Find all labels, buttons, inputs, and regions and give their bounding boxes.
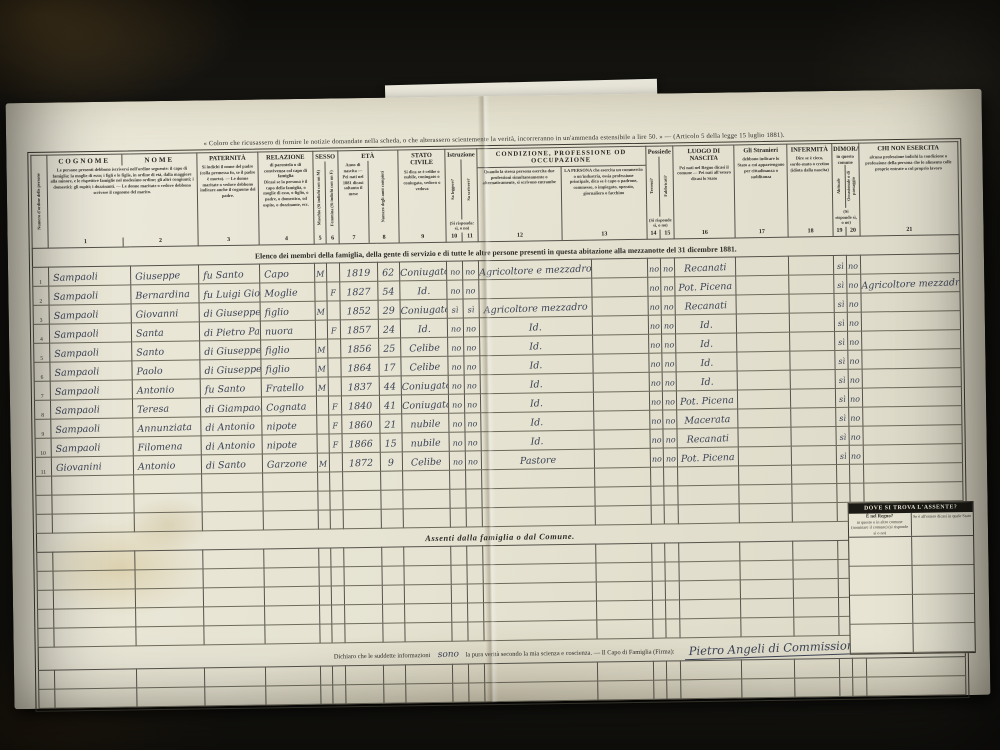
handwritten-entry: no [467,363,477,371]
cell-occasionale: no [847,255,861,274]
cell-empty [468,603,484,622]
cell-empty [651,562,665,581]
cell-paternita: di Giuseppe [200,340,261,360]
handwritten-entry: di Santo [202,460,246,471]
cell-empty [596,543,652,563]
cell-empty [332,624,345,643]
cell-empty [382,585,405,604]
cell-empty [344,604,382,624]
cell-empty [203,568,264,588]
cell-empty [52,551,135,571]
handwritten-entry: di Antonio [201,441,255,452]
handwritten-entry: no [850,358,860,366]
cell-fabbricati: no [663,429,677,448]
handwritten-entry: M [318,346,326,354]
cell-fabbricati: no [661,296,675,315]
cell-empty [451,565,467,584]
cell-empty [343,509,381,529]
cell-stranieri [737,351,790,371]
cell-empty [204,667,265,687]
cell-empty [382,566,405,585]
col-istruzione: Istruzione Sa leggere? Sa scrivere? (Si … [445,149,478,242]
cell-eta: 9 [380,452,403,471]
col-num-21: 21 [860,225,958,235]
handwritten-entry: no [848,263,858,271]
cell-empty [794,597,839,617]
cell-empty [651,505,665,524]
handwritten-entry: no [468,458,478,466]
col-terreni: Terreni? [650,159,656,214]
col-dimora: DIMORA in questo comune Abituale Occasio… [832,143,860,236]
cell-nome: Filomena [133,436,201,456]
handwritten-entry: M [318,365,326,373]
census-sheet: « Coloro che ricusassero di fornire le n… [6,89,991,709]
handwritten-entry: M [318,384,326,392]
cell-empty [653,680,667,699]
cell-empty [680,599,741,619]
cell-legge: sì [447,299,463,318]
handwritten-entry: Sampaoli [50,386,99,397]
cell-empty [739,484,792,504]
cell-persona [593,372,649,392]
cell-occasionale: no [848,369,862,388]
handwritten-entry: no [466,325,476,333]
cell-empty [404,565,452,585]
cell-persona [591,258,647,278]
cell-terreni: no [650,448,664,467]
handwritten-entry: sì [837,301,844,309]
handwritten-entry: Id. [530,380,543,390]
cell-empty [651,543,665,562]
cell-persona [594,410,650,430]
census-table: Numero d'ordine delle persone COGNOME NO… [30,141,966,709]
cell-empty [38,628,54,647]
handwritten-entry: 21 [385,420,397,430]
handwritten-entry: 17 [384,363,396,373]
cell-empty [381,490,404,509]
handwritten-entry: no [849,301,859,309]
absent-location-box: DOVE SI TROVA L'ASSENTE? È nel Regno? in… [848,501,976,655]
handwritten-entry: no [649,303,659,311]
col-num-4: 4 [260,235,314,245]
cell-empty [452,622,468,641]
cell-abituale: sì [836,426,850,445]
cell-chi_non [861,311,961,331]
cell-empty [652,619,666,638]
handwritten-entry: 41 [384,401,396,411]
handwritten-entry: 9 [388,458,394,468]
cell-empty [481,468,594,489]
cell-fabbricati: no [662,353,676,372]
cell-n: 9 [35,419,51,438]
cell-empty [740,503,793,523]
cell-occasionale: no [849,407,863,426]
cell-empty [383,623,406,642]
cell-relazione: nipote [262,415,317,435]
cell-empty [383,665,406,684]
cell-empty [595,505,651,525]
handwritten-entry: Id. [531,437,544,447]
col-num-15: 15 [660,229,674,238]
cell-empty [37,552,53,571]
cell-nome: Annunziata [133,417,201,437]
cell-empty [595,486,651,506]
handwritten-entry: 1866 [349,440,374,450]
col-relazione: RELAZIONE di parentela o di convivenza c… [258,151,314,245]
cell-eta: 44 [379,376,402,395]
cell-empty [382,604,405,623]
col-num-2: 2 [122,236,197,246]
handwritten-entry: F [331,289,337,297]
cell-chi_non: Agricoltore mezzadro [860,273,960,293]
cell-n: 10 [35,438,51,457]
cell-empty [319,567,332,586]
cell-infermita [792,445,837,465]
cell-empty [450,470,466,489]
cell-nome: Antonio [134,455,202,475]
cell-chi_non [863,425,963,445]
handwritten-entry: Cognata [262,402,307,413]
cell-empty [344,566,382,586]
handwritten-entry: sì [452,307,459,315]
handwritten-entry: no [468,420,478,428]
cell-empty [667,661,681,680]
handwritten-entry: no [663,284,673,292]
col-num-16: 16 [675,228,735,238]
cell-empty [792,502,837,522]
cell-luogo: Recanati [675,295,736,315]
handwritten-entry: 1864 [348,364,373,374]
cell-terreni: no [649,410,663,429]
cell-empty [345,623,383,643]
cell-legge: no [450,451,466,470]
cell-empty [866,676,966,696]
cell-infermita [791,388,836,408]
cell-empty [839,658,853,677]
cell-empty [264,586,319,606]
handwritten-entry: no [850,396,860,404]
handwritten-entry: no [468,439,478,447]
handwritten-entry: Sampaoli [50,367,99,378]
row-number: 3 [34,318,49,324]
cell-empty [318,491,331,510]
cell-chi_non [862,406,962,426]
cell-empty [134,493,202,513]
cell-empty [837,483,851,502]
cell-empty [863,463,963,483]
cell-terreni: no [648,334,662,353]
cell-empty [264,548,319,568]
cell-terreni: no [648,315,662,334]
handwritten-entry: nuora [261,327,293,338]
cell-empty [850,464,864,483]
handwritten-entry: di Giampaolo Menghini [201,401,262,415]
cell-chi_non [861,349,961,369]
cell-luogo: Pot. Picena [678,447,739,467]
cell-empty [483,582,596,603]
cell-abituale: sì [834,293,848,312]
cell-empty [665,543,679,562]
cell-n: 5 [34,343,50,362]
handwritten-entry: no [450,287,460,295]
cell-f: F [329,415,342,434]
cell-occasionale: no [849,426,863,445]
handwritten-entry: no [651,398,661,406]
cell-relazione: Moglie [260,282,315,302]
absent-section-title: Assenti dalla famiglia o dal Comune. [425,532,575,543]
cell-paternita: di Pietro Pagliarini [199,321,260,341]
col-persona-lead: LA PERSONA [564,168,592,173]
handwritten-entry: Garzone [263,459,308,470]
cell-persona [593,353,649,373]
col-sesso-f: Femmina (Si indichi con un F) [329,164,335,233]
handwritten-entry: di Giuseppe [200,365,261,377]
handwritten-entry: Recanati [685,301,728,312]
cell-abituale: sì [836,445,850,464]
handwritten-entry: Agricoltore mezzadro [483,303,587,316]
cell-m: M [315,339,328,358]
cell-chi_non [861,330,961,350]
cell-eta: 15 [380,433,403,452]
cell-fabbricati: no [662,334,676,353]
handwritten-entry: no [450,268,460,276]
cell-empty [136,588,204,608]
cell-scrive: no [464,375,480,394]
handwritten-entry: no [849,282,859,290]
handwritten-entry: Coniugato [402,381,449,392]
cell-empty [403,470,451,490]
handwritten-entry: Annunziata [134,423,193,435]
col-luogo-nascita: LUOGO DI NASCITA Pei nati nel Regno dica… [673,145,736,239]
handwritten-entry: fu Luigi Giobatta [199,288,260,301]
declaration-handwritten: sono [437,650,459,660]
cell-paternita: di Santo [201,454,262,474]
cell-m: M [315,301,328,320]
cell-empty [739,465,792,485]
cell-eta: 17 [379,357,402,376]
cell-empty [203,549,264,569]
cell-fabbricati: no [661,277,675,296]
handwritten-entry: no [851,434,861,442]
handwritten-entry: 1840 [348,402,373,412]
handwritten-entry: Coniugato [401,305,448,316]
row-number: 8 [35,413,50,419]
cell-empty [467,546,483,565]
cell-empty [405,664,453,684]
cell-chi_non [860,254,960,274]
col-abituale: Abituale [836,167,842,206]
cell-empty [203,587,264,607]
cell-abituale: sì [835,369,849,388]
handwritten-entry: no [465,268,475,276]
cell-condizione: Id. [481,430,594,451]
col-num-19: 19 [833,227,846,236]
handwritten-entry: sì [837,263,844,271]
cell-stranieri [738,408,791,428]
handwritten-entry: no [650,360,660,368]
cell-legge: no [448,356,464,375]
cell-stranieri [738,389,791,409]
handwritten-entry: no [451,363,461,371]
cell-condizione: Agricoltore mezzadro [479,297,592,318]
cell-empty [405,603,453,623]
cell-empty [680,618,741,638]
cell-empty [482,487,595,508]
cell-eta: 41 [379,395,402,414]
cell-paternita: fu Santo [200,378,261,398]
row-number: 5 [34,356,49,362]
cell-f: F [329,434,342,453]
handwritten-entry: 1857 [347,326,372,336]
handwritten-entry: Sampaoli [49,291,98,302]
cell-empty [36,495,52,514]
cell-m [316,396,329,415]
cell-infermita [790,313,835,333]
cell-cognome: Sampaoli [49,285,132,305]
cell-luogo: Recanati [675,257,736,277]
cell-empty [37,590,53,609]
cell-nome: Santa [132,322,200,342]
cell-scrive: no [464,337,480,356]
cell-legge: no [448,375,464,394]
cell-relazione: nipote [262,434,317,454]
cell-legge: no [447,261,463,280]
handwritten-entry: Pot. Picena [681,453,735,464]
handwritten-entry: no [851,415,861,423]
cell-fabbricati: no [663,391,677,410]
handwritten-entry: Macerata [685,415,731,426]
cell-nome: Bernardina [131,284,199,304]
cell-m: M [316,377,329,396]
handwritten-entry: no [649,265,659,273]
cell-condizione: Pastore [481,449,594,470]
cell-empty [52,494,135,514]
handwritten-entry: sì [839,415,846,423]
cell-fabbricati: no [664,448,678,467]
handwritten-entry: no [651,417,661,425]
cell-f [327,263,340,282]
cell-empty [839,677,853,696]
cell-scrive: no [464,394,480,413]
cell-luogo: Id. [676,333,737,353]
col-stranieri: Gli Stranieri debbono indicare lo Stato … [734,144,788,238]
handwritten-entry: Santa [132,329,164,340]
col-num-14: 14 [647,230,660,239]
col-numero: Numero d'ordine delle persone [31,155,48,248]
cell-empty [466,508,482,527]
cell-legge: no [448,318,464,337]
col-num-9: 9 [400,233,446,243]
cell-paternita: di Antonio [201,416,262,436]
handwritten-entry: nubile [411,439,441,450]
cell-f: F [328,320,341,339]
cell-empty [483,601,596,622]
handwritten-entry: 1852 [347,307,372,317]
cell-condizione: Id. [479,316,592,337]
cell-empty [678,466,739,486]
handwritten-entry: Sampaoli [51,443,100,454]
cell-empty [484,620,597,641]
handwritten-entry: no [467,382,477,390]
handwritten-entry: Antonio [134,461,176,472]
declaration-printed-1: Dichiaro che le suddette informazioni [334,652,431,660]
handwritten-entry: no [649,284,659,292]
handwritten-entry: no [850,339,860,347]
cell-scrive: no [465,432,481,451]
cell-terreni: no [647,277,661,296]
handwritten-entry: no [651,436,661,444]
cell-relazione: Fratello [261,377,316,397]
cell-nome: Antonio [132,379,200,399]
cell-scrive: no [463,280,479,299]
cell-empty [53,608,136,628]
handwritten-entry: sì [839,453,846,461]
cell-persona [592,334,648,354]
handwritten-entry: no [452,458,462,466]
cell-empty [793,578,838,598]
cell-empty [319,605,332,624]
cell-paternita: di Antonio [201,435,262,455]
handwritten-entry: Celibe [409,344,440,355]
cell-fabbricati: no [662,315,676,334]
cell-condizione: Id. [479,335,592,356]
col-stato-civile: STATO CIVILE Si dica se è celibe o nubil… [398,149,447,243]
cell-infermita [790,351,835,371]
handwritten-entry: Sampaoli [49,272,98,283]
cell-empty [596,562,652,582]
cell-empty [484,681,597,702]
cell-empty [450,489,466,508]
cell-chi_non [862,368,962,388]
handwritten-entry: no [665,398,675,406]
cell-fabbricati: no [663,410,677,429]
col-paternita: PATERNITÀ Si indichi il nome del padre (… [197,152,260,246]
cell-empty [678,504,739,524]
cell-paternita: di Giuseppe [200,359,261,379]
cell-cognome: Sampaoli [48,266,131,286]
cell-eta: 25 [378,338,401,357]
cell-empty [598,680,654,700]
cell-empty [664,505,678,524]
col-num-12: 12 [478,231,561,241]
handwritten-entry: Recanati [687,434,730,445]
cell-empty [333,685,346,704]
cell-empty [265,605,320,625]
cell-n: 4 [33,324,49,343]
cell-empty [467,584,483,603]
cell-stato: nubile [402,432,450,452]
handwritten-entry: Paolo [133,367,163,378]
col-sesso: SESSO Maschio (Si indichi con un M) 5 Fe… [313,151,339,244]
cell-fabbricati: no [663,372,677,391]
row-number: 6 [35,375,50,381]
col-num-18: 18 [789,227,833,237]
cell-m [317,434,330,453]
cell-cognome: Giovanini [51,456,134,476]
cell-empty [404,584,452,604]
col-num-6: 6 [327,234,339,243]
cell-empty [652,600,666,619]
cell-nome: Giuseppe [131,265,199,285]
handwritten-entry: no [849,320,859,328]
col-num-11: 11 [462,232,478,241]
handwritten-entry: 25 [383,344,395,354]
cell-empty [263,472,318,492]
cell-empty [204,625,265,645]
handwritten-entry: no [851,453,861,461]
handwritten-entry: no [664,341,674,349]
cell-cognome: Sampaoli [50,399,133,419]
